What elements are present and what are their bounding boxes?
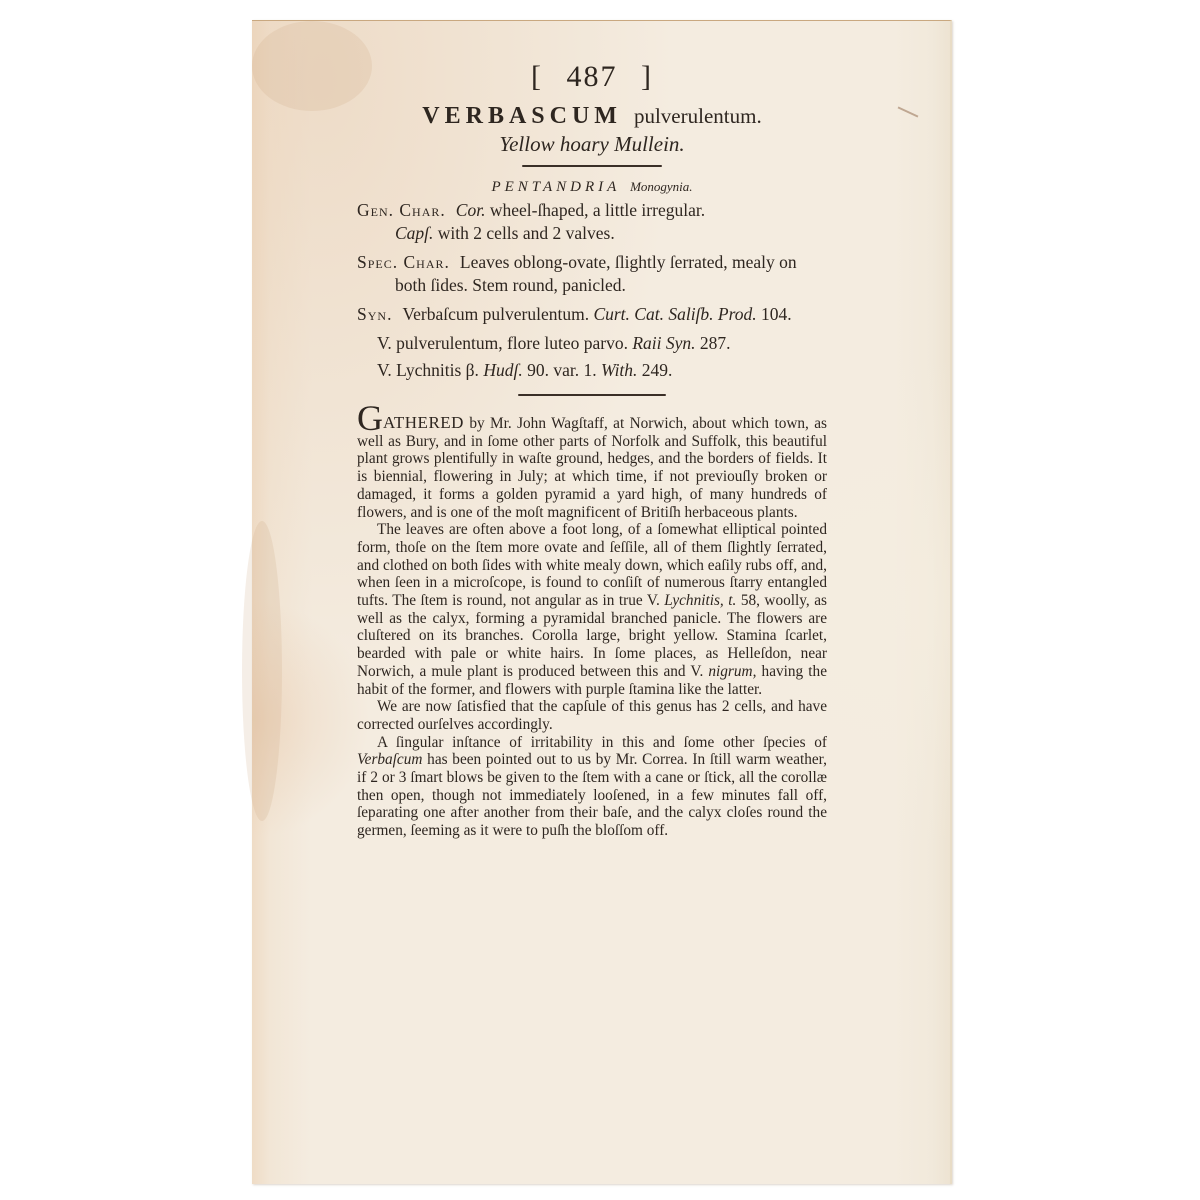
page-number: [ 487 ] xyxy=(357,59,827,95)
linnaean-order: Monogynia. xyxy=(630,179,692,194)
paragraph-text: A ſingular inſtance of irritability in t… xyxy=(377,734,827,751)
synonym-ref-text: 90. var. 1. xyxy=(523,360,601,380)
paragraph-text: We are now ſatisfied that the capſule of… xyxy=(357,698,827,733)
spec-char-label: Spec. Char. xyxy=(357,252,450,272)
synonym-text: V. Lychnitis β. xyxy=(377,360,483,380)
common-name: Yellow hoary Mullein. xyxy=(357,131,827,157)
synonym-ref-text: 287. xyxy=(696,333,731,353)
syn-text: Verbaſcum pulverulentum. xyxy=(402,304,593,324)
paragraph-leaves: The leaves are often above a foot long, … xyxy=(357,521,827,698)
plant-title: VERBASCUM pulverulentum. xyxy=(357,101,827,131)
divider-rule xyxy=(522,165,662,167)
synonymy: Syn.Verbaſcum pulverulentum. Curt. Cat. … xyxy=(357,303,827,326)
divider-rule xyxy=(518,394,666,396)
synonym-text: V. pulverulentum, flore luteo parvo. xyxy=(377,333,632,353)
gen-char-text-2: with 2 cells and 2 valves. xyxy=(433,223,614,243)
species-name: pulverulentum. xyxy=(634,104,762,128)
page-content: [ 487 ] VERBASCUM pulverulentum. Yellow … xyxy=(357,59,827,840)
lead-word: ATHERED xyxy=(383,413,464,432)
paper-stain xyxy=(242,521,282,821)
synonym-ref2-italic: With. xyxy=(601,360,637,380)
synonym-line: V. Lychnitis β. Hudſ. 90. var. 1. With. … xyxy=(357,359,827,382)
paragraph-text: has been pointed out to us by Mr. Correa… xyxy=(357,751,827,839)
spec-char-text: Leaves oblong-ovate, ſlightly ſerrated, … xyxy=(395,252,797,295)
linnaean-class: PENTANDRIA xyxy=(491,179,620,195)
paragraph-italic: Verbaſcum xyxy=(357,751,422,768)
classification: PENTANDRIA Monogynia. xyxy=(357,177,827,197)
paper-tear xyxy=(898,106,919,117)
synonym-line: V. pulverulentum, flore luteo parvo. Rai… xyxy=(357,332,827,355)
syn-ref-text: 104. xyxy=(757,304,792,324)
syn-label: Syn. xyxy=(357,304,392,324)
paper-page: [ 487 ] VERBASCUM pulverulentum. Yellow … xyxy=(252,20,952,1184)
synonym-ref-italic: Hudſ. xyxy=(483,360,522,380)
paragraph-italic: nigrum, xyxy=(708,663,756,680)
generic-character: Gen. Char.Cor. wheel-ſhaped, a little ir… xyxy=(357,199,827,245)
synonym-ref2-text: 249. xyxy=(637,360,672,380)
gen-char-cor: Cor. xyxy=(456,200,486,220)
synonym-ref-italic: Raii Syn. xyxy=(632,333,695,353)
syn-ref-italic: Curt. Cat. Saliſb. Prod. xyxy=(593,304,756,324)
paragraph-irritability: A ſingular inſtance of irritability in t… xyxy=(357,734,827,840)
specific-character: Spec. Char.Leaves oblong-ovate, ſlightly… xyxy=(357,251,827,297)
genus-name: VERBASCUM xyxy=(422,103,622,129)
gen-char-text-1: wheel-ſhaped, a little irregular. xyxy=(485,200,705,220)
paper-stain xyxy=(252,21,372,111)
paragraph-gathered: GATHERED by Mr. John Wagſtaff, at Norwic… xyxy=(357,406,827,521)
paragraph-capsule: We are now ſatisfied that the capſule of… xyxy=(357,698,827,733)
gen-char-label: Gen. Char. xyxy=(357,200,446,220)
paragraph-italic: Lychnitis, t. xyxy=(664,592,736,609)
gen-char-caps: Capſ. xyxy=(395,223,433,243)
